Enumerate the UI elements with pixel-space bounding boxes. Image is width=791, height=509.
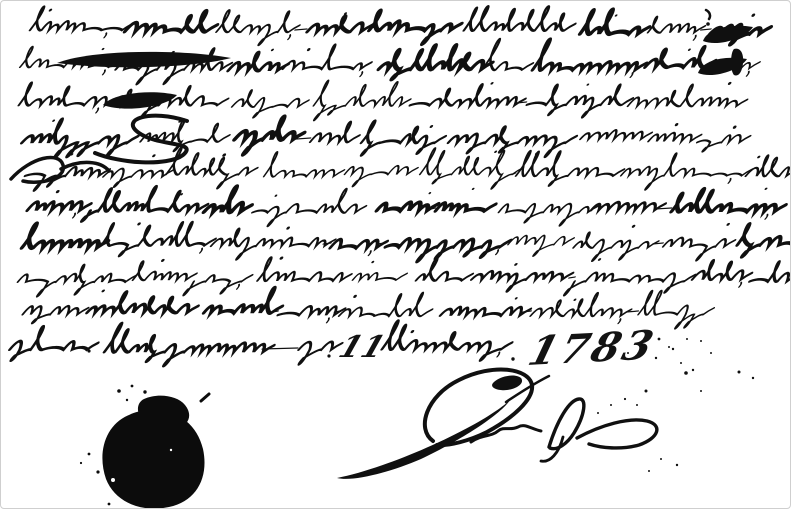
handwriting-word <box>304 80 421 120</box>
ink-speck <box>668 346 670 348</box>
handwriting-word <box>354 121 455 156</box>
handwriting-word <box>256 257 361 281</box>
dateline: 11 1783 <box>87 321 661 375</box>
diacritic-dot <box>514 263 519 266</box>
handwriting-line-7 <box>13 222 790 262</box>
handwriting-word <box>436 203 496 211</box>
period-after-febr <box>511 357 514 360</box>
diacritic-dot <box>429 125 434 128</box>
handwriting-word <box>360 11 469 45</box>
comma-stroke <box>102 70 105 75</box>
handwriting-word <box>228 52 295 71</box>
seal-tick-mark <box>201 394 209 401</box>
handwriting-word <box>692 260 759 280</box>
ink-speck <box>700 340 702 342</box>
handwriting-word <box>82 187 218 222</box>
handwriting-word <box>338 166 419 187</box>
blot-line2-end <box>731 49 743 76</box>
handwriting-word <box>157 147 269 188</box>
connector-stroke <box>295 29 307 30</box>
manuscript-page: 11 1783 <box>0 0 791 509</box>
handwriting-word <box>262 152 355 177</box>
comma-stroke <box>360 72 363 77</box>
diacritic-dot <box>751 14 756 17</box>
handwriting-word <box>183 275 252 295</box>
diacritic-dot <box>286 227 291 230</box>
handwriting-word <box>9 265 142 297</box>
handwriting-word <box>3 326 107 360</box>
period-after-d <box>327 354 330 357</box>
handwriting-word <box>204 288 293 314</box>
comma-stroke <box>368 251 371 256</box>
diacritic-dot <box>597 258 601 261</box>
diacritic-dot <box>494 150 498 153</box>
handwriting-word <box>648 133 702 141</box>
handwriting-word <box>27 202 91 210</box>
comma-stroke <box>288 35 291 40</box>
period-after-wille <box>87 349 90 352</box>
comma-stroke <box>96 108 99 113</box>
ink-speck <box>648 470 650 472</box>
handwriting-line-10 <box>1 321 525 366</box>
diacritic-dot <box>764 188 768 190</box>
ink-speck <box>627 352 629 354</box>
comma-stroke <box>104 33 107 38</box>
signature-leadin-loop <box>337 400 510 479</box>
handwriting-word <box>613 153 762 189</box>
comma-stroke <box>765 215 768 220</box>
ink-speck <box>645 390 648 393</box>
diacritic-dot <box>732 126 737 129</box>
handwriting-word <box>374 321 524 361</box>
ink-speck <box>684 371 688 375</box>
handwriting-word <box>373 45 503 79</box>
ink-speck <box>655 357 657 359</box>
seal-pinhole <box>111 478 115 482</box>
comma-stroke <box>497 352 500 357</box>
handwriting-word <box>509 151 634 186</box>
diacritic-dot <box>101 48 105 50</box>
handwriting-word <box>29 7 143 31</box>
diacritic-dot <box>274 195 278 197</box>
ink-speck <box>692 369 694 371</box>
handwriting-word <box>440 307 531 315</box>
handwriting-word <box>18 306 90 323</box>
handwriting-line-6 <box>18 187 790 227</box>
comma-stroke <box>495 250 498 255</box>
comma-stroke <box>746 72 749 77</box>
mark-line1-excl <box>706 10 710 19</box>
comma-stroke <box>728 179 731 184</box>
handwriting-word <box>411 148 535 189</box>
diacritic-dot <box>410 330 415 333</box>
handwriting-line-1 <box>21 6 783 45</box>
handwriting-word <box>283 45 382 70</box>
handwriting-word <box>94 222 225 256</box>
handwriting-word <box>353 273 408 280</box>
diacritic-dot <box>137 222 142 225</box>
diacritic-dot <box>586 83 590 85</box>
diacritic-dot <box>727 82 732 85</box>
handwriting-word <box>226 90 315 118</box>
ink-speck <box>636 404 638 406</box>
comma-stroke <box>326 318 329 323</box>
ink-speck <box>752 377 754 379</box>
flourish-line5-lead <box>11 157 109 182</box>
signature-g-blot <box>492 376 522 391</box>
handwriting-word <box>310 122 367 142</box>
handwriting-word <box>566 232 664 261</box>
diacritic-dot <box>101 289 106 292</box>
ink-speck <box>738 371 741 374</box>
connector-stroke <box>296 138 310 139</box>
handwriting-word <box>579 9 659 34</box>
handwriting-word <box>746 155 790 176</box>
handwriting-word <box>203 229 341 260</box>
diacritic-dot <box>52 119 56 121</box>
comma-stroke <box>630 73 633 78</box>
handwriting-word <box>530 293 641 316</box>
diacritic-dot <box>55 190 60 193</box>
handwriting-word <box>96 323 287 366</box>
handwriting-word <box>204 187 262 213</box>
diacritic-dot <box>490 82 494 85</box>
handwriting-word <box>13 119 147 157</box>
ink-speck <box>641 344 643 346</box>
diacritic-dot <box>514 297 518 299</box>
signature-h-loop <box>549 399 584 449</box>
diacritic-dot <box>270 49 274 52</box>
handwriting-word <box>628 85 756 107</box>
dateline-year: 1783 <box>523 321 661 375</box>
handwriting-word <box>377 202 439 210</box>
document-scan: 11 1783 <box>1 1 790 508</box>
diacritic-dot <box>428 192 432 194</box>
ink-speck <box>658 338 661 341</box>
diacritic-dot <box>48 9 53 12</box>
ink-speck <box>610 404 612 406</box>
diacritic-dot <box>279 256 284 259</box>
ink-speck <box>612 347 615 350</box>
diacritic-dot <box>371 261 375 264</box>
diacritic-dot <box>687 49 691 51</box>
handwriting-word <box>655 238 736 261</box>
handwriting-word <box>692 135 751 152</box>
handwriting-word <box>244 189 376 226</box>
handwriting-line-4 <box>13 117 761 158</box>
comma-stroke <box>72 213 75 218</box>
handwriting-word <box>491 204 600 226</box>
connector-stroke <box>523 311 531 312</box>
diacritic-dot <box>353 295 358 298</box>
handwriting-word <box>465 271 574 291</box>
diacritic-dot <box>573 298 577 301</box>
handwriting-word <box>671 189 790 212</box>
connector-stroke <box>701 29 711 30</box>
handwriting-word <box>208 10 308 45</box>
handwriting-word <box>749 261 790 281</box>
handwriting-word <box>531 39 660 70</box>
ink-speck <box>700 390 702 392</box>
handwriting-word <box>580 130 653 139</box>
ink-speck <box>710 352 712 354</box>
handwriting-word <box>520 85 641 118</box>
ink-speck <box>686 338 688 340</box>
handwriting-word <box>416 258 482 281</box>
comma-stroke <box>236 285 239 290</box>
comma-stroke <box>739 283 742 288</box>
wax-seal <box>80 385 209 508</box>
handwriting-word <box>501 236 575 257</box>
ink-speck <box>660 458 662 460</box>
diacritic-dot <box>306 48 311 51</box>
handwriting-word <box>730 224 790 257</box>
diacritic-dot <box>222 153 227 156</box>
diacritic-dot <box>152 154 157 157</box>
flourish-line3-blob <box>103 92 177 108</box>
handwriting-word <box>87 292 206 313</box>
handwriting-word <box>463 6 585 30</box>
ink-speck <box>597 412 599 414</box>
diacritic-dot <box>674 123 679 126</box>
ink-speck <box>624 398 626 400</box>
diacritic-dot <box>757 156 761 159</box>
signature-flourish <box>577 420 657 448</box>
handwriting-word <box>410 84 534 105</box>
ink-speck <box>672 348 674 350</box>
ink-speck <box>676 464 678 466</box>
handwriting-word <box>131 261 203 280</box>
comma-stroke <box>199 248 202 253</box>
dateline-day: 11 <box>334 330 390 365</box>
comma-stroke <box>693 36 696 41</box>
diacritic-dot <box>471 188 475 190</box>
diacritic-dot <box>631 225 636 228</box>
diacritic-dot <box>160 259 165 262</box>
connector-stroke <box>569 277 575 278</box>
handwriting-word <box>21 223 118 248</box>
goethe-signature <box>337 369 657 478</box>
handwriting-word <box>125 11 225 32</box>
ink-speck <box>680 362 682 364</box>
seal-pinhole <box>170 449 172 451</box>
heavy-flourishes <box>11 10 753 182</box>
handwriting-word <box>377 239 512 262</box>
mark-line1-excl-dot <box>706 22 710 26</box>
diacritic-dot <box>726 223 731 226</box>
handwriting-word <box>307 16 377 32</box>
handwriting-line-5 <box>17 147 790 190</box>
handwriting-word <box>564 273 696 296</box>
diacritic-dot <box>614 14 618 16</box>
handwriting-word <box>278 306 347 315</box>
handwriting-word <box>226 117 313 155</box>
